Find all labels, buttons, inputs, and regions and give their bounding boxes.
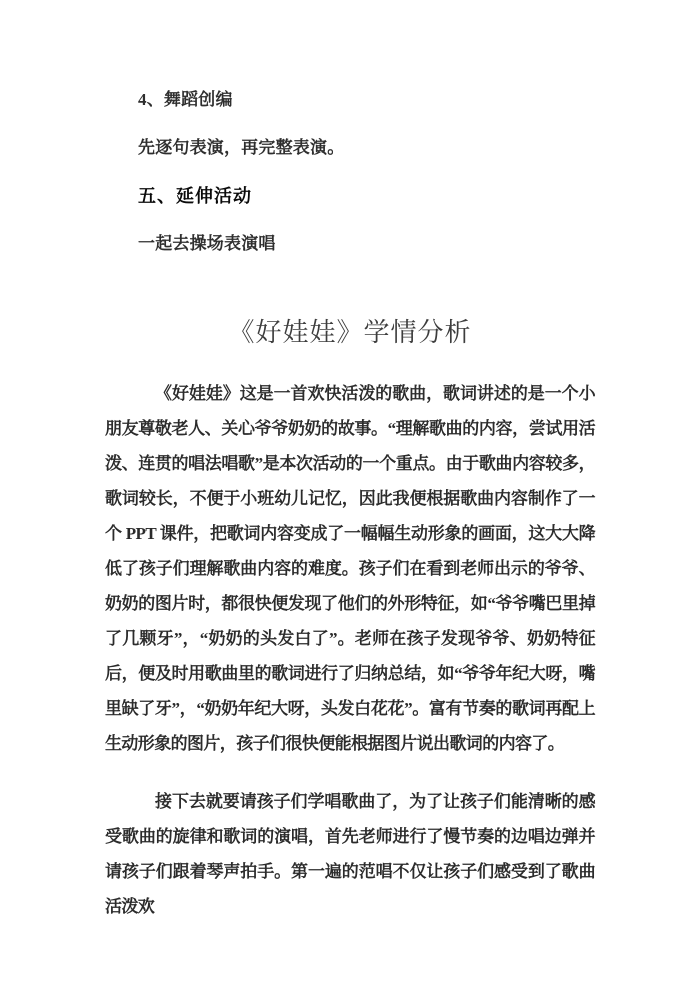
section-heading-extension-activity: 五、延伸活动 xyxy=(138,184,595,208)
analysis-paragraph-1: 《好娃娃》这是一首欢快活泼的歌曲，歌词讲述的是一个小朋友尊敬老人、关心爷爷奶奶的… xyxy=(105,376,595,761)
document-title: 《好娃娃》学情分析 xyxy=(105,316,595,350)
outline-item-dance-creation: 4、舞蹈创编 xyxy=(138,88,595,112)
document-page: 4、舞蹈创编 先逐句表演，再完整表演。 五、延伸活动 一起去操场表演唱 《好娃娃… xyxy=(0,0,700,989)
analysis-paragraph-2: 接下去就要请孩子们学唱歌曲了，为了让孩子们能清晰的感受歌曲的旋律和歌词的演唱，首… xyxy=(105,784,595,924)
document-content: 4、舞蹈创编 先逐句表演，再完整表演。 五、延伸活动 一起去操场表演唱 《好娃娃… xyxy=(0,0,700,924)
outline-item-performance-steps: 先逐句表演，再完整表演。 xyxy=(138,136,595,160)
outline-item-playground-performance: 一起去操场表演唱 xyxy=(138,232,595,256)
